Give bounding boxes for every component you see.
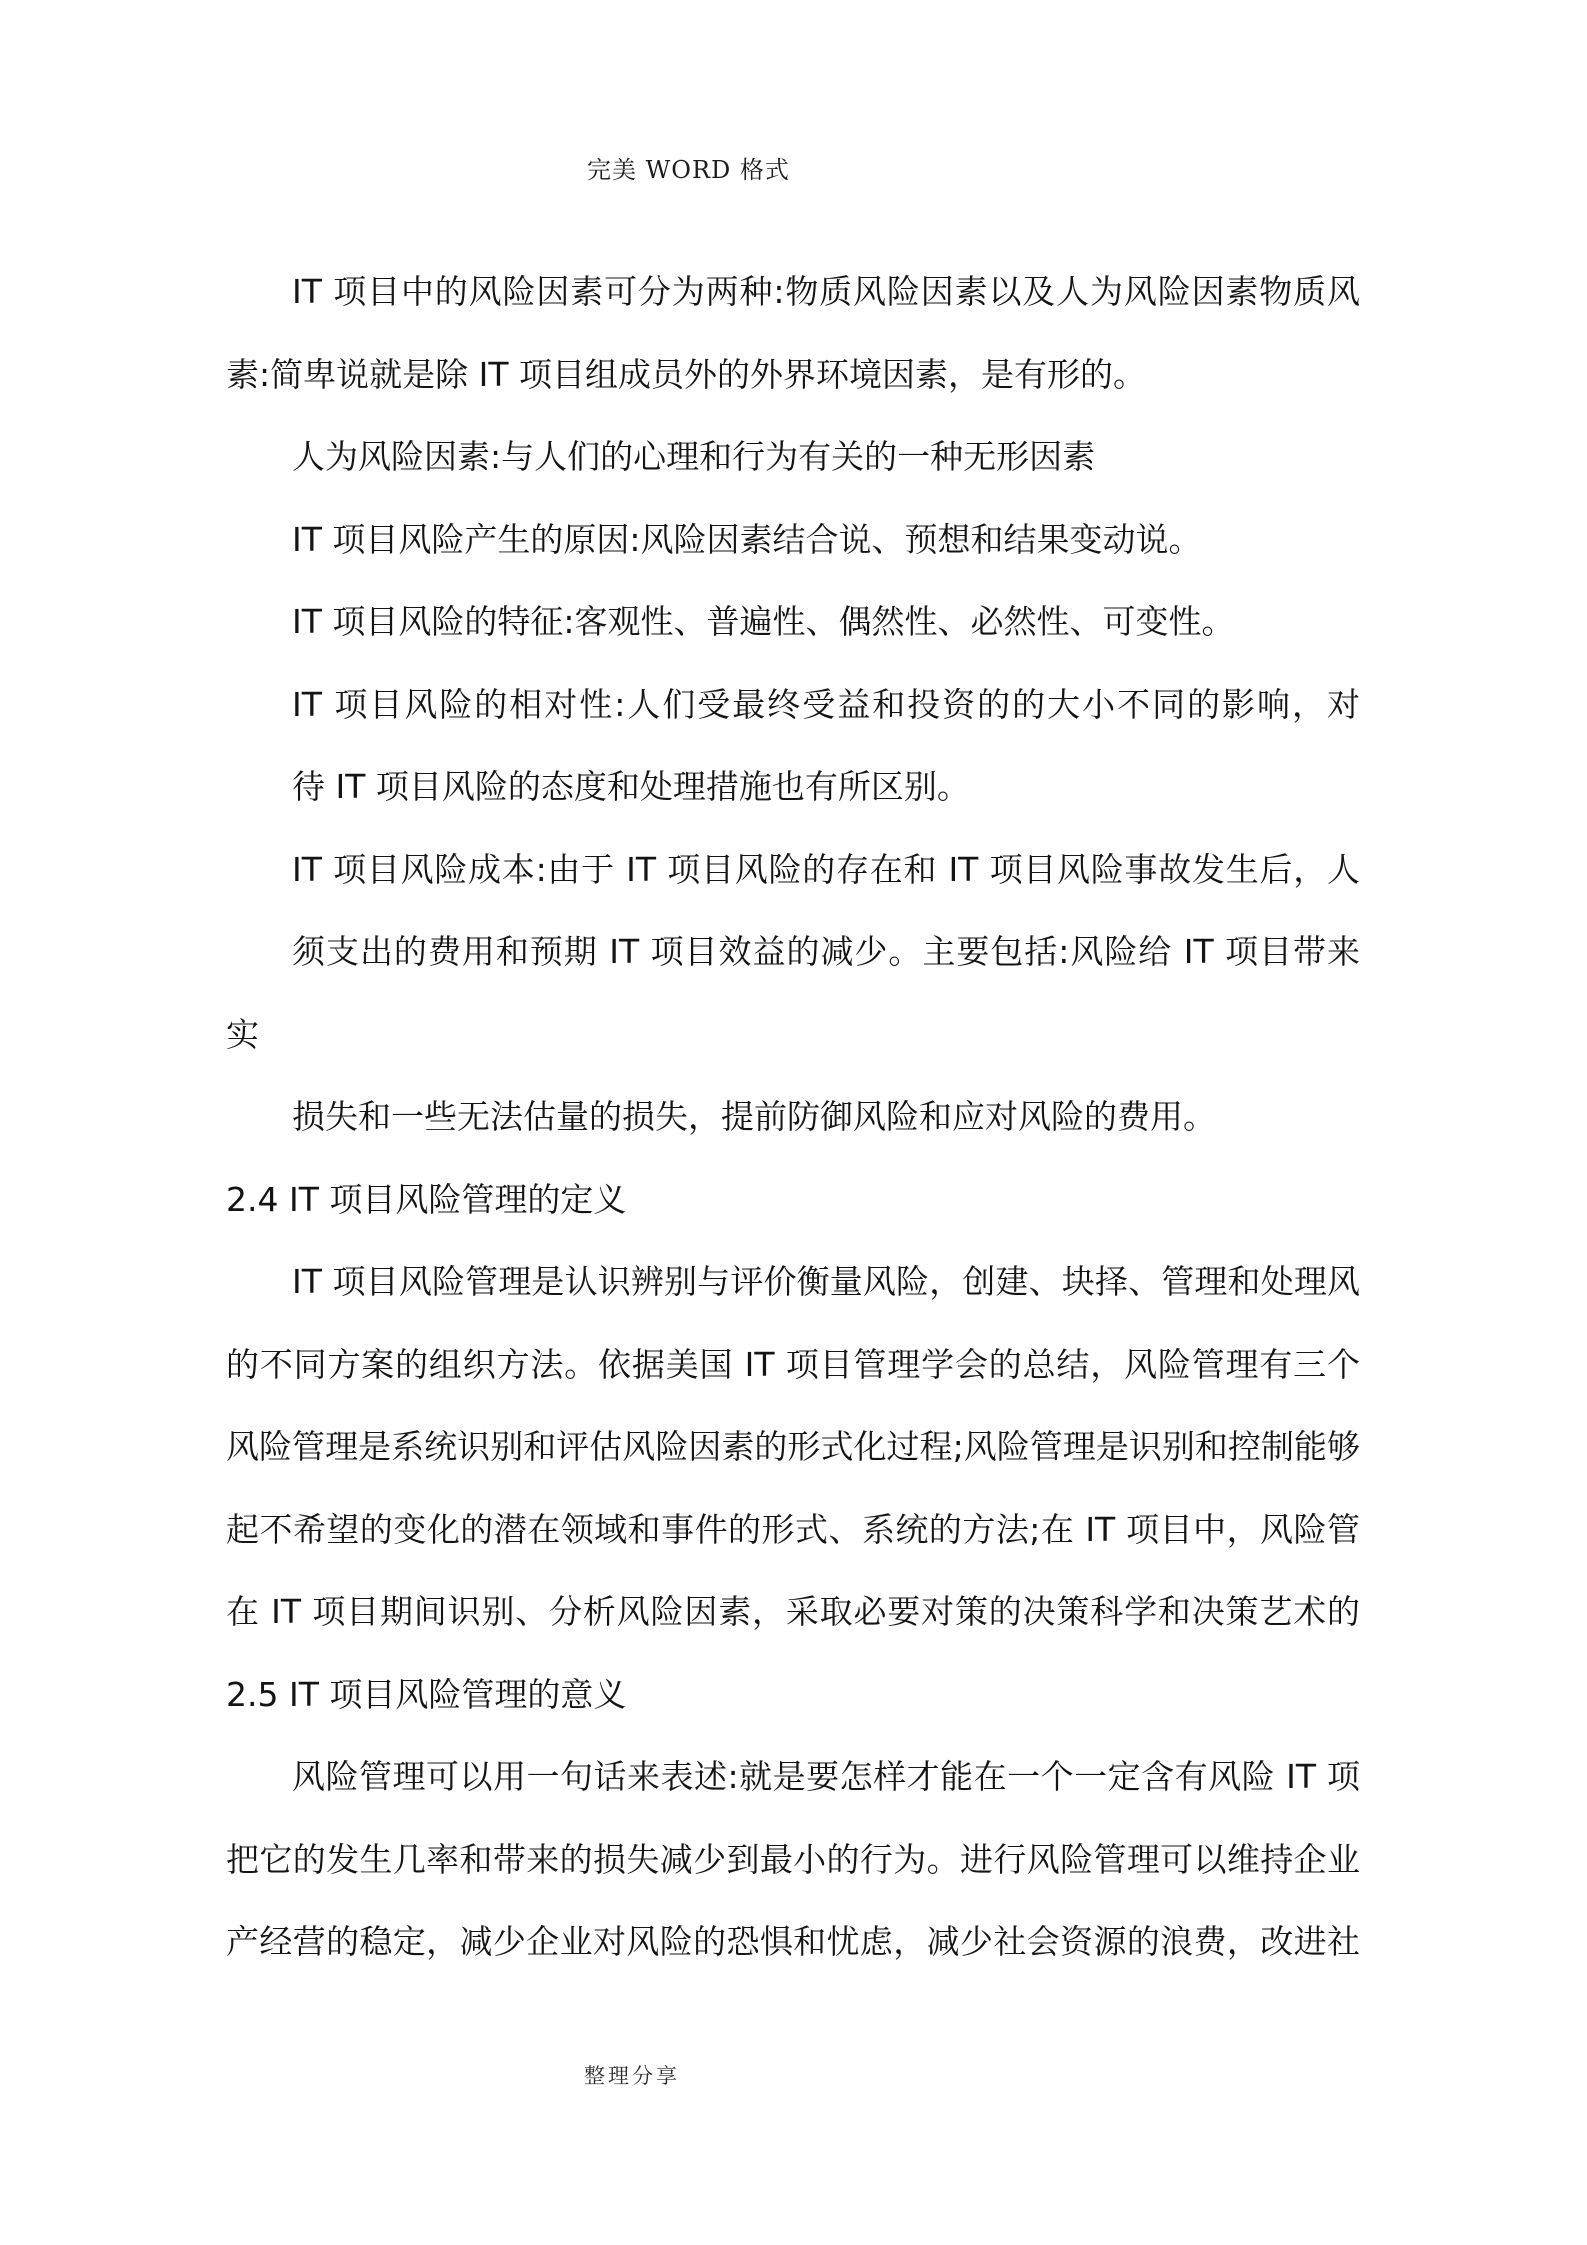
text-line: 风险管理可以用一句话来表述:就是要怎样才能在一个一定含有风险 IT 项目中: [226, 1736, 1360, 1819]
text-line: 实: [226, 994, 1360, 1077]
text-line: 2.5 IT 项目风险管理的意义: [226, 1654, 1360, 1737]
document-body: IT 项目中的风险因素可分为两种:物质风险因素以及人为风险因素物质风险因素:简卑…: [226, 251, 1360, 1984]
text-line: 起不希望的变化的潜在领域和事件的形式、系统的方法;在 IT 项目中，风险管理是: [226, 1489, 1360, 1572]
text-line: 把它的发生几率和带来的损失减少到最小的行为。进行风险管理可以维持企业生: [226, 1819, 1360, 1902]
text-line: IT 项目中的风险因素可分为两种:物质风险因素以及人为风险因素物质风险因: [226, 251, 1360, 334]
text-line: IT 项目风险的相对性:人们受最终受益和投资的的大小不同的影响，对: [226, 664, 1360, 747]
text-line: 损失和一些无法估量的损失，提前防御风险和应对风险的费用。: [226, 1076, 1360, 1159]
document-page: 完美 WORD 格式 IT 项目中的风险因素可分为两种:物质风险因素以及人为风险…: [0, 0, 1587, 2245]
text-line: 须支出的费用和预期 IT 项目效益的减少。主要包括:风险给 IT 项目带来的真: [226, 911, 1360, 994]
page-footer: 整理分享: [584, 2060, 680, 2090]
text-line: 产经营的稳定，减少企业对风险的恐惧和忧虑，减少社会资源的浪费，改进社会: [226, 1901, 1360, 1984]
text-line: 人为风险因素:与人们的心理和行为有关的一种无形因素: [226, 416, 1360, 499]
page-header: 完美 WORD 格式: [587, 150, 790, 185]
text-line: 在 IT 项目期间识别、分析风险因素，采取必要对策的决策科学和决策艺术的结合。: [226, 1571, 1360, 1654]
text-line: IT 项目风险管理是认识辨别与评价衡量风险，创建、块择、管理和处理风险: [226, 1241, 1360, 1324]
text-line: 素:简卑说就是除 IT 项目组成员外的外界环境因素，是有形的。: [226, 334, 1360, 417]
text-line: IT 项目风险产生的原因:风险因素结合说、预想和结果变动说。: [226, 499, 1360, 582]
text-line: IT 项目风险的特征:客观性、普遍性、偶然性、必然性、可变性。: [226, 581, 1360, 664]
text-line: 待 IT 项目风险的态度和处理措施也有所区别。: [226, 746, 1360, 829]
text-line: 的不同方案的组织方法。依据美国 IT 项目管理学会的总结，风险管理有三个定义:: [226, 1324, 1360, 1407]
text-line: 2.4 IT 项目风险管理的定义: [226, 1159, 1360, 1242]
text-line: IT 项目风险成本:由于 IT 项目风险的存在和 IT 项目风险事故发生后，人们…: [226, 829, 1360, 912]
text-line: 风险管理是系统识别和评估风险因素的形式化过程;风险管理是识别和控制能够引: [226, 1406, 1360, 1489]
